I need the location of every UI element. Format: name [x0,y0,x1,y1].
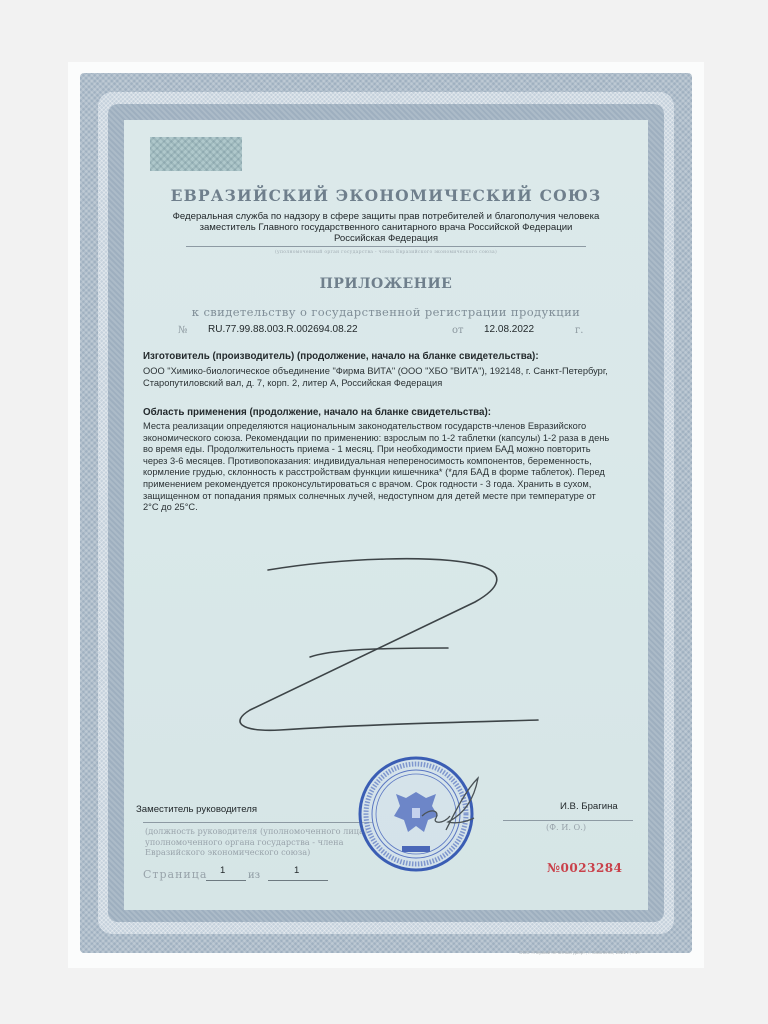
russian-coat-of-arms-seal-icon [356,750,486,880]
year-suffix: г. [575,325,583,336]
date-label: от [452,325,464,336]
certificate-number: RU.77.99.88.003.R.002694.08.22 [208,324,358,335]
authority-rule [186,246,586,247]
page-label: Страница [143,868,207,881]
authority-caption: (уполномоченный орган государства - член… [124,250,648,255]
page-total-rule [268,880,328,881]
role-caption: (должность руководителя (уполномоченного… [145,826,381,858]
page-current: 1 [220,865,225,876]
authority-line-1: Федеральная служба по надзору в сфере за… [124,211,648,222]
authority-line-2: заместитель Главного государственного са… [124,222,648,233]
manufacturer-heading: Изготовитель (производитель) (продолжени… [143,351,539,362]
serial-number: №0023284 [547,861,623,875]
role-rule [143,822,373,823]
manufacturer-text: ООО "Химико-биологическое объединение "Ф… [143,366,613,389]
signatory-name: И.В. Брагина [560,801,618,812]
authority-line-3: Российская Федерация [124,233,648,244]
name-caption: (Ф. И. О.) [546,822,586,833]
scope-text: Места реализации определяются национальн… [143,421,613,514]
number-label: № [178,325,187,336]
signature-scribble-icon [220,540,540,740]
signatory-role: Заместитель руководителя [136,804,257,815]
printer-note: ООО «Первый печатный двор», г. Смоленск,… [519,950,641,955]
certificate-date: 12.08.2022 [484,324,534,335]
union-title: ЕВРАЗИЙСКИЙ ЭКОНОМИЧЕСКИЙ СОЮЗ [124,186,648,205]
scope-heading: Область применения (продолжение, начало … [143,407,491,418]
hologram-pattern-icon [150,137,242,171]
name-rule [503,820,633,821]
appendix-subtitle: к свидетельству о государственной регист… [124,305,648,319]
appendix-title: ПРИЛОЖЕНИЕ [124,276,648,292]
page-total: 1 [294,865,299,876]
page-of-label: из [248,870,260,881]
page-current-rule [206,880,246,881]
